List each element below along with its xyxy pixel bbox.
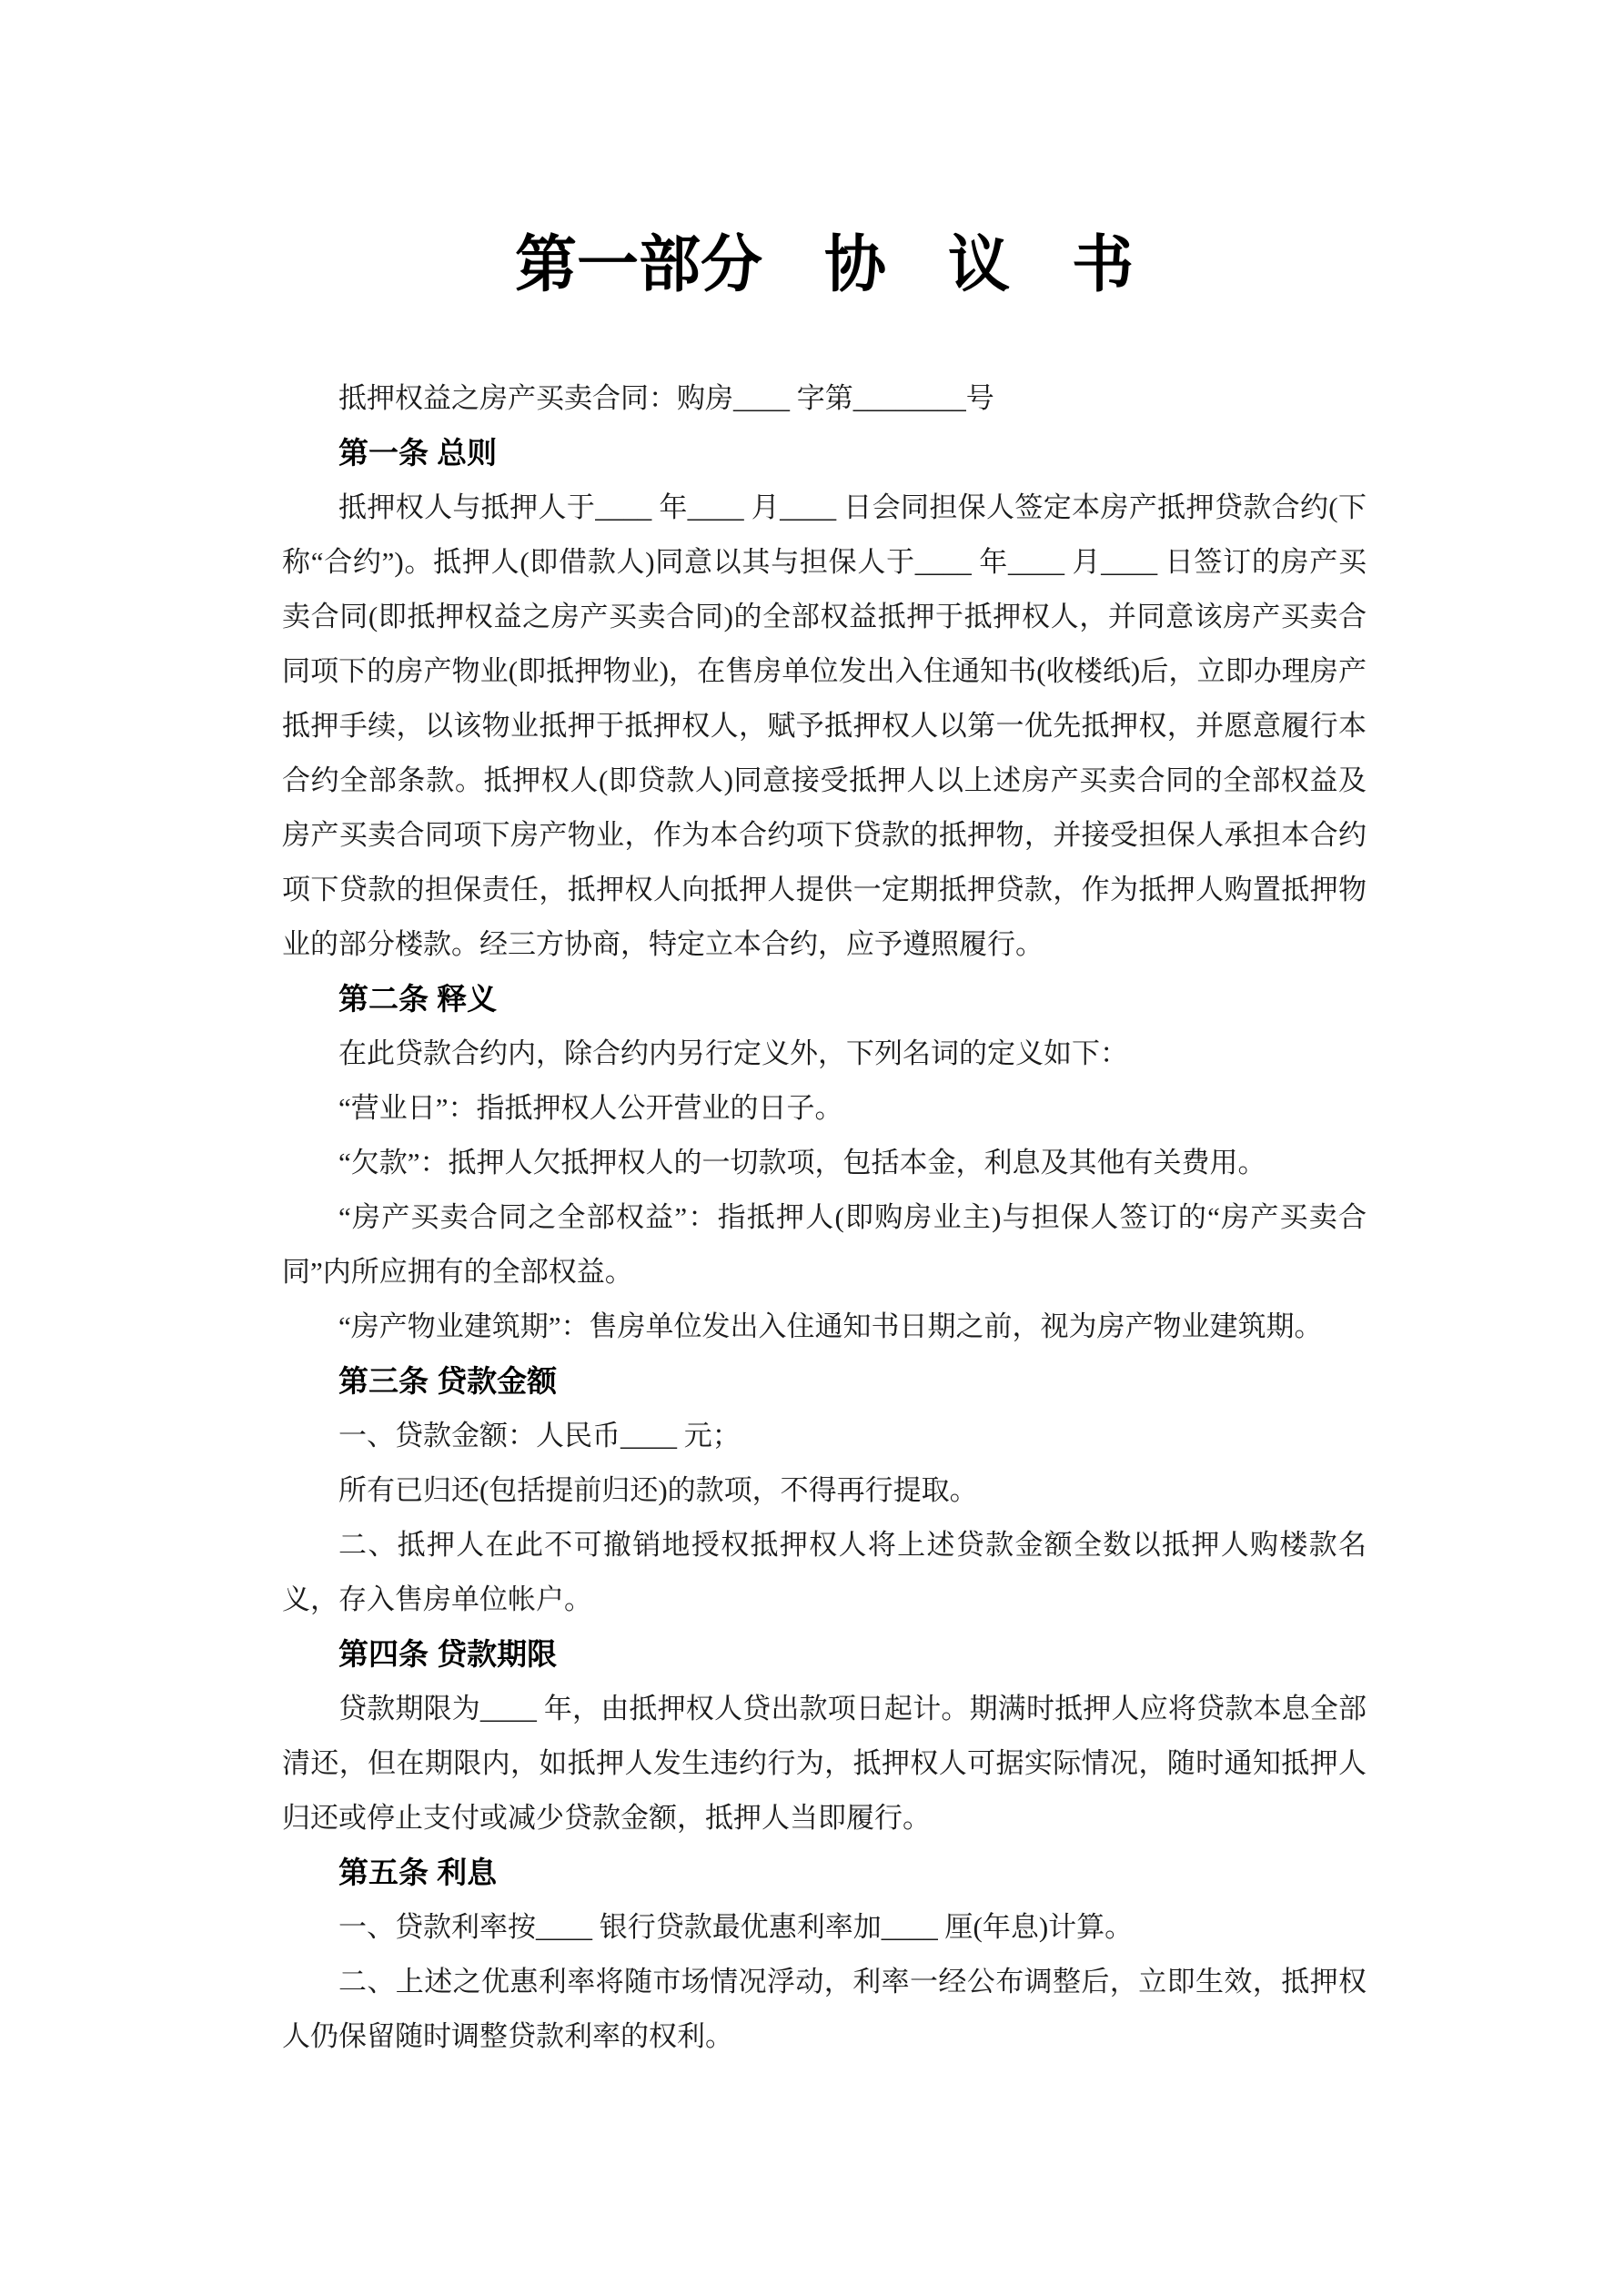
contract-number-line: 抵押权益之房产买卖合同：购房____ 字第________号 <box>282 371 1367 426</box>
document-title: 第一部分 协 议 书 <box>282 0 1367 302</box>
section-5-paragraph-2: 二、上述之优惠利率将随市场情况浮动，利率一经公布调整后，立即生效，抵押权人仍保留… <box>282 1955 1367 2064</box>
section-2-paragraph-4: “房产买卖合同之全部权益”：指抵押人(即购房业主)与担保人签订的“房产买卖合同”… <box>282 1190 1367 1300</box>
section-3-paragraph-1: 一、贷款金额：人民币____ 元； <box>282 1409 1367 1463</box>
section-2-heading: 第二条 释义 <box>282 972 1367 1027</box>
section-3-paragraph-2: 所有已归还(包括提前归还)的款项，不得再行提取。 <box>282 1463 1367 1518</box>
section-4-heading: 第四条 贷款期限 <box>282 1627 1367 1682</box>
document-body: 第一部分 协 议 书 抵押权益之房产买卖合同：购房____ 字第________… <box>282 0 1367 2064</box>
section-2-paragraph-3: “欠款”：抵押人欠抵押权人的一切款项，包括本金，利息及其他有关费用。 <box>282 1136 1367 1190</box>
section-1-paragraph-1: 抵押权人与抵押人于____ 年____ 月____ 日会同担保人签定本房产抵押贷… <box>282 480 1367 972</box>
section-1-heading: 第一条 总则 <box>282 426 1367 480</box>
section-5-heading: 第五条 利息 <box>282 1846 1367 1900</box>
section-4-paragraph-1: 贷款期限为____ 年，由抵押权人贷出款项日起计。期满时抵押人应将贷款本息全部清… <box>282 1682 1367 1846</box>
section-3-paragraph-3: 二、抵押人在此不可撤销地授权抵押权人将上述贷款金额全数以抵押人购楼款名义，存入售… <box>282 1518 1367 1627</box>
section-2-paragraph-5: “房产物业建筑期”：售房单位发出入住通知书日期之前，视为房产物业建筑期。 <box>282 1300 1367 1354</box>
section-3-heading: 第三条 贷款金额 <box>282 1354 1367 1409</box>
section-2-paragraph-2: “营业日”：指抵押权人公开营业的日子。 <box>282 1081 1367 1136</box>
section-5-paragraph-1: 一、贷款利率按____ 银行贷款最优惠利率加____ 厘(年息)计算。 <box>282 1900 1367 1955</box>
document-page: 第一部分 协 议 书 抵押权益之房产买卖合同：购房____ 字第________… <box>0 0 1624 2296</box>
section-2-paragraph-1: 在此贷款合约内，除合约内另行定义外，下列名词的定义如下： <box>282 1027 1367 1081</box>
